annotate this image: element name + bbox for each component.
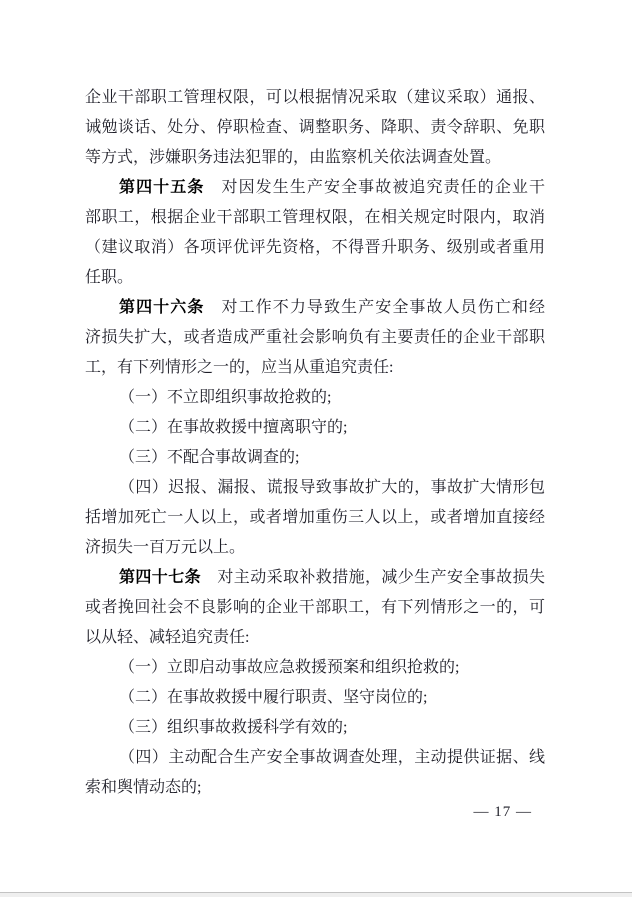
text-line: （四）主动配合生产安全事故调查处理，主动提供证据、线 — [85, 743, 545, 773]
text-line: 第四十六条 对工作不力导致生产安全事故人员伤亡和经 — [85, 293, 545, 323]
text-line: 第四十五条 对因发生生产安全事故被追究责任的企业干 — [85, 173, 545, 203]
page-bottom-edge — [0, 892, 632, 897]
text-line: （三）组织事故救援科学有效的; — [85, 713, 545, 743]
text-line: （二）在事故救援中履行职责、坚守岗位的; — [85, 683, 545, 713]
text-line: 等方式，涉嫌职务违法犯罪的，由监察机关依法调查处置。 — [85, 143, 545, 173]
text-line: 或者挽回社会不良影响的企业干部职工，有下列情形之一的，可 — [85, 593, 545, 623]
page: 企业干部职工管理权限，可以根据情况采取（建议采取）通报、诫勉谈话、处分、停职检查… — [0, 0, 632, 897]
article-number: 第四十六条 — [119, 299, 204, 316]
text-line: 工，有下列情形之一的，应当从重追究责任: — [85, 353, 545, 383]
document-body: 企业干部职工管理权限，可以根据情况采取（建议采取）通报、诫勉谈话、处分、停职检查… — [85, 83, 545, 803]
text-line: （四）迟报、漏报、谎报导致事故扩大的，事故扩大情形包 — [85, 473, 545, 503]
text-line: 企业干部职工管理权限，可以根据情况采取（建议采取）通报、 — [85, 83, 545, 113]
text-line: 济损失一百万元以上。 — [85, 533, 545, 563]
text-line: （三）不配合事故调查的; — [85, 443, 545, 473]
text-line: 以从轻、减轻追究责任: — [85, 623, 545, 653]
text-line: 括增加死亡一人以上，或者增加重伤三人以上，或者增加直接经 — [85, 503, 545, 533]
text-line: （建议取消）各项评优评先资格，不得晋升职务、级别或者重用 — [85, 233, 545, 263]
text-line: 部职工，根据企业干部职工管理权限，在相关规定时限内，取消 — [85, 203, 545, 233]
text-line: （一）立即启动事故应急救援预案和组织抢救的; — [85, 653, 545, 683]
text-line: 索和舆情动态的; — [85, 773, 545, 803]
text-line: （二）在事故救援中擅离职守的; — [85, 413, 545, 443]
text-line: （一）不立即组织事故抢救的; — [85, 383, 545, 413]
text-line: 任职。 — [85, 263, 545, 293]
text-line: 诫勉谈话、处分、停职检查、调整职务、降职、责令辞职、免职 — [85, 113, 545, 143]
page-number: — 17 — — [474, 804, 533, 821]
text-line: 第四十七条 对主动采取补救措施，减少生产安全事故损失 — [85, 563, 545, 593]
article-number: 第四十五条 — [119, 179, 204, 196]
text-line: 济损失扩大，或者造成严重社会影响负有主要责任的企业干部职 — [85, 323, 545, 353]
article-number: 第四十七条 — [119, 569, 201, 586]
